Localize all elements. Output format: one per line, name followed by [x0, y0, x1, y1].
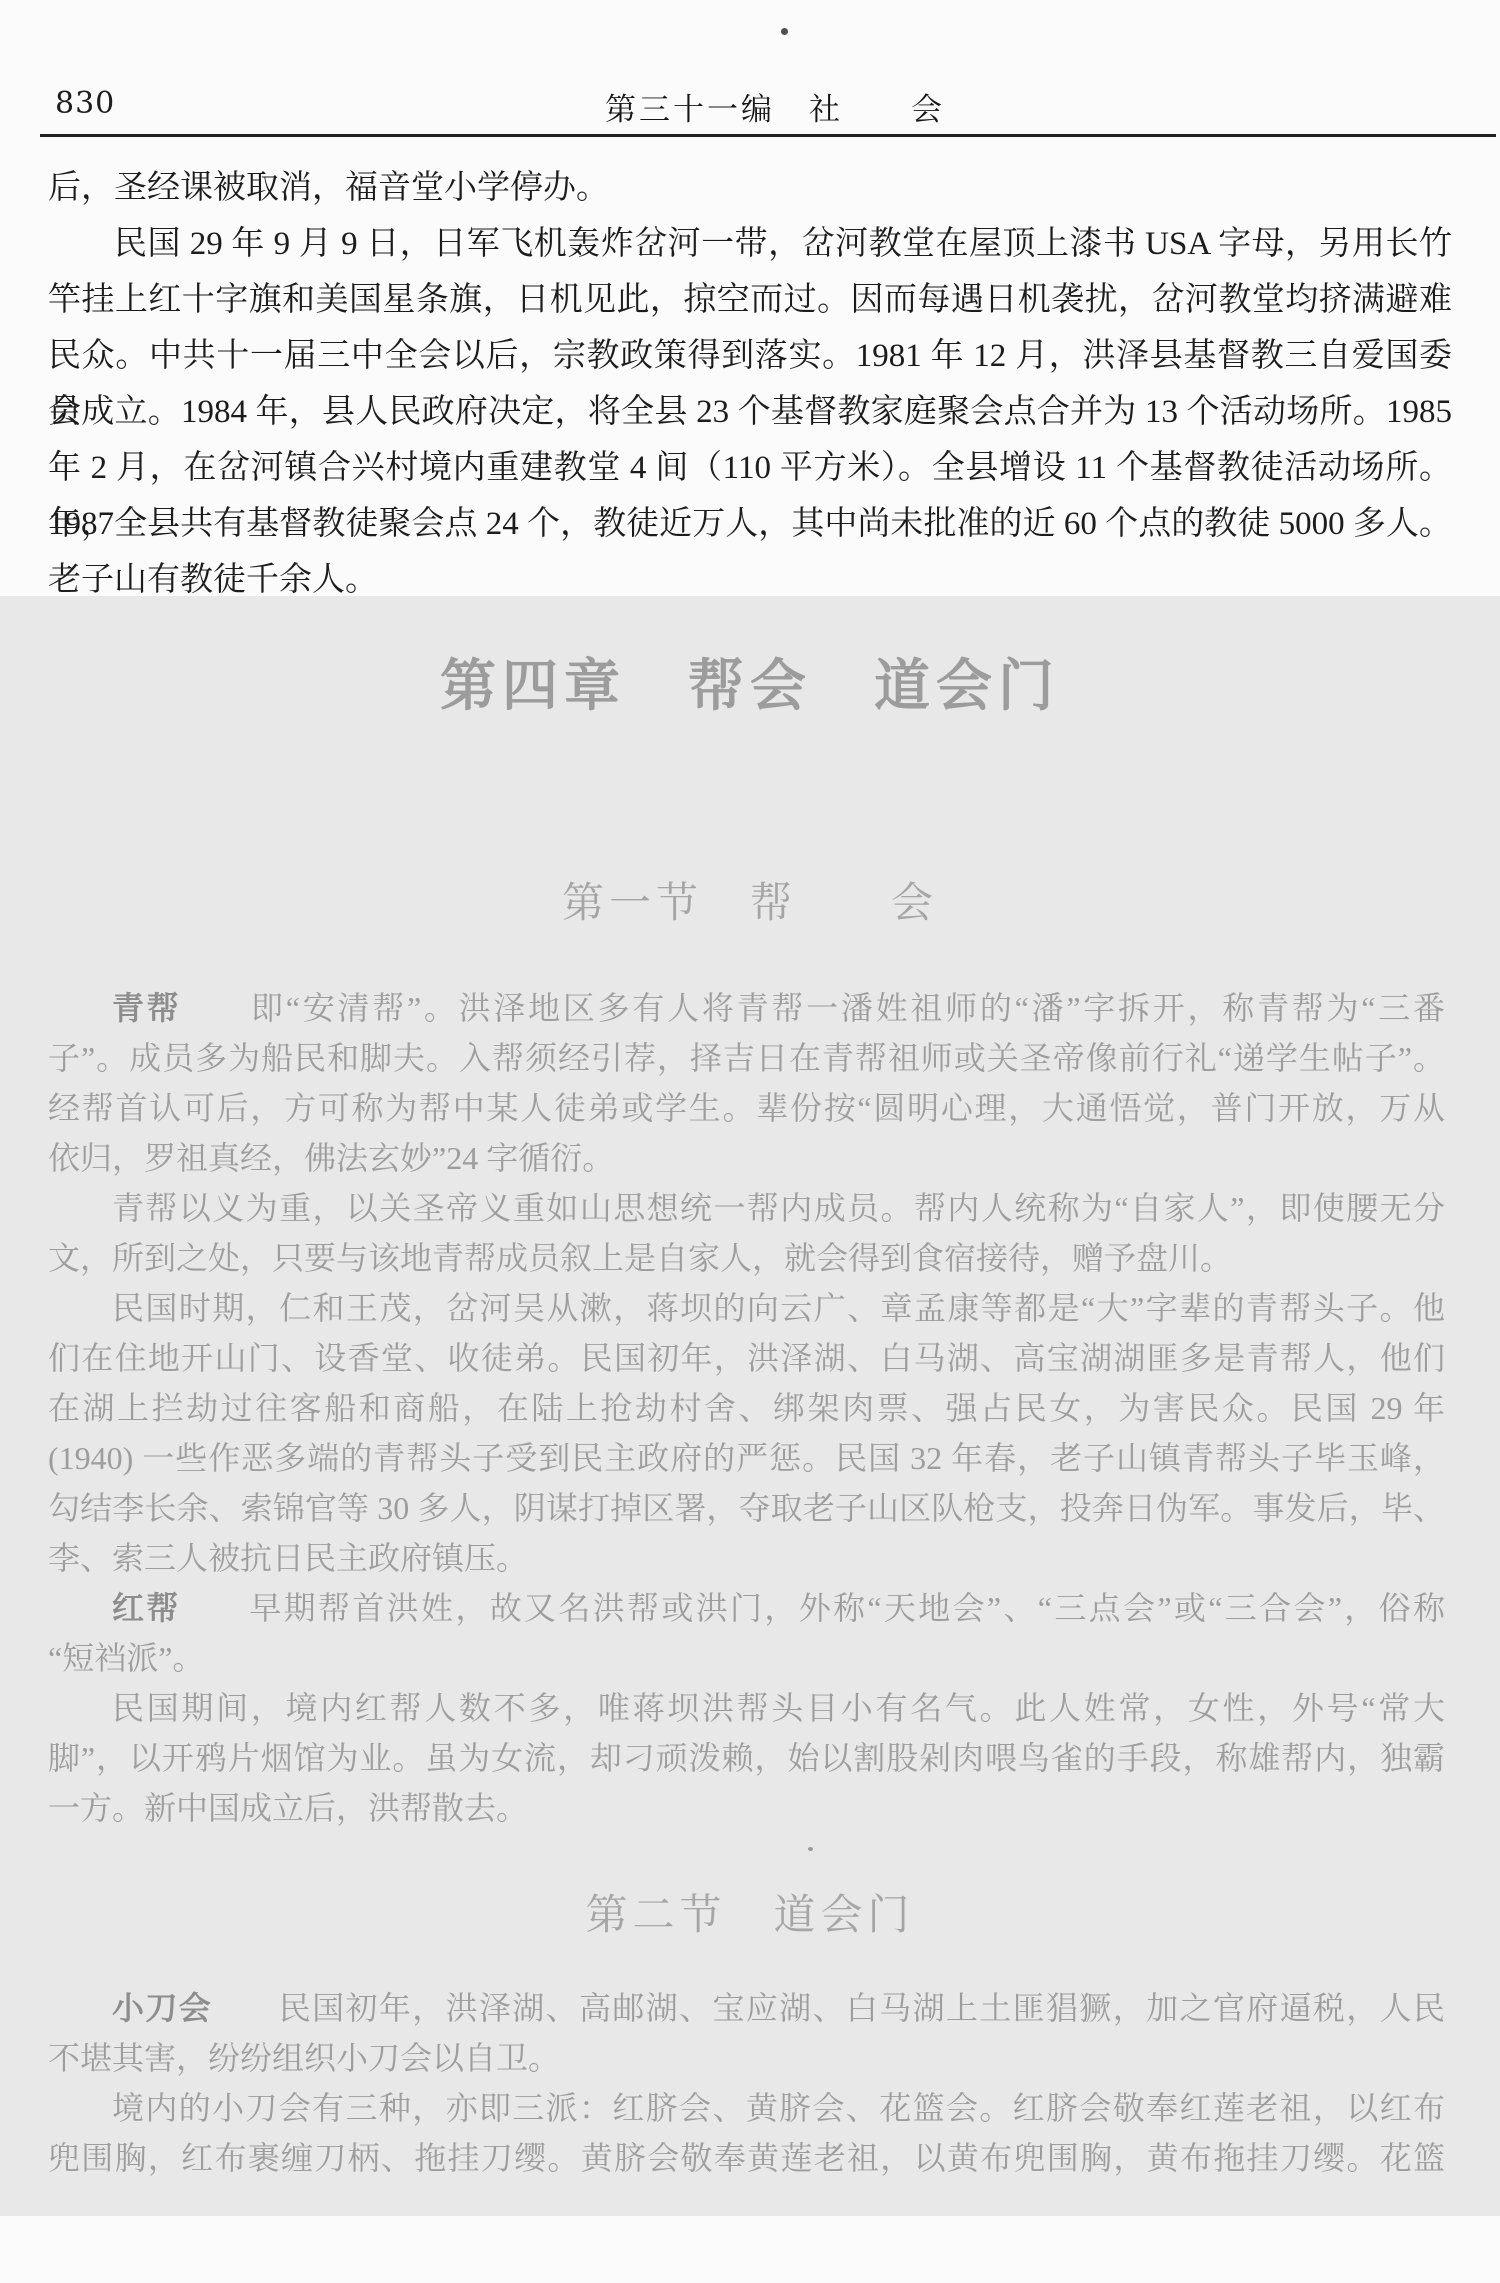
term-xiaodaohui: 小刀会: [112, 1990, 212, 2026]
term-hongbang: 红帮: [112, 1590, 181, 1626]
body-line: (1940) 一些作恶多端的青帮头子受到民主政府的严惩。民国 32 年春，老子山…: [48, 1433, 1445, 1483]
body-line: 在湖上拦劫过往客船和商船，在陆上抢劫村舍、绑架肉票、强占民女，为害民众。民国 2…: [48, 1383, 1445, 1433]
header-rule: [40, 134, 1496, 137]
body-line: 小刀会 民国初年，洪泽湖、高邮湖、宝应湖、白马湖上土匪猖獗，加之官府逼税，人民: [48, 1983, 1445, 2033]
scanned-page: 830 第三十一编 社 会 后，圣经课被取消，福音堂小学停办。 民国 29 年 …: [0, 0, 1500, 2283]
body-line: 依归，罗祖真经，佛法玄妙”24 字循衍。: [48, 1133, 1445, 1183]
line-text: 早期帮首洪姓，故又名洪帮或洪门，外称“天地会”、“三点会”或“三合会”，俗称: [181, 1590, 1445, 1626]
section1-title: 第一节 帮 会: [0, 870, 1500, 930]
body-line: 青帮 即“安清帮”。洪泽地区多有人将青帮一潘姓祖师的“潘”字拆开，称青帮为“三番: [48, 983, 1445, 1033]
body-line: 子”。成员多为船民和脚夫。入帮须经引荐，择吉日在青帮祖师或关圣帝像前行礼“递学生…: [48, 1033, 1445, 1083]
body-line: 兜围胸，红布裹缠刀柄、拖挂刀缨。黄脐会敬奉黄莲老祖，以黄布兜围胸，黄布拖挂刀缨。…: [48, 2133, 1445, 2183]
scan-speck: [781, 28, 788, 35]
intro-paragraphs: 后，圣经课被取消，福音堂小学停办。 民国 29 年 9 月 9 日，日军飞机轰炸…: [48, 160, 1452, 608]
body-line: “短裆派”。: [48, 1633, 1445, 1683]
section2-title: 第二节 道会门: [0, 1882, 1500, 1942]
intro-line: 老子山有教徒千余人。: [48, 552, 1452, 608]
line-text: 民国初年，洪泽湖、高邮湖、宝应湖、白马湖上土匪猖獗，加之官府逼税，人民: [212, 1990, 1445, 2026]
intro-line: 年，全县共有基督教徒聚会点 24 个，教徒近万人，其中尚未批准的近 60 个点的…: [48, 496, 1452, 552]
term-qingbang: 青帮: [112, 990, 182, 1026]
line-text: 即“安清帮”。洪泽地区多有人将青帮一潘姓祖师的“潘”字拆开，称青帮为“三番: [182, 990, 1445, 1026]
running-head-title: 第三十一编 社 会: [0, 84, 1500, 129]
body-line: 不堪其害，纷纷组织小刀会以自卫。: [48, 2033, 1445, 2083]
chapter-title: 第四章 帮会 道会门: [0, 642, 1500, 722]
section1-body: 青帮 即“安清帮”。洪泽地区多有人将青帮一潘姓祖师的“潘”字拆开，称青帮为“三番…: [48, 983, 1445, 1833]
body-line: 李、索三人被抗日民主政府镇压。: [48, 1533, 1445, 1583]
body-line: 勾结李长余、索锦官等 30 多人，阴谋打掉区署，夺取老子山区队枪支，投奔日伪军。…: [48, 1483, 1445, 1533]
body-line: 民国期间，境内红帮人数不多，唯蒋坝洪帮头目小有名气。此人姓常，女性，外号“常大: [48, 1683, 1445, 1733]
intro-line: 后，圣经课被取消，福音堂小学停办。: [48, 160, 1452, 216]
body-line: 们在住地开山门、设香堂、收徒弟。民国初年，洪泽湖、白马湖、高宝湖湖匪多是青帮人，…: [48, 1333, 1445, 1383]
body-line: 文，所到之处，只要与该地青帮成员叙上是自家人，就会得到食宿接待，赠予盘川。: [48, 1233, 1445, 1283]
intro-line: 民众。中共十一届三中全会以后，宗教政策得到落实。1981 年 12 月，洪泽县基…: [48, 328, 1452, 384]
intro-line: 会成立。1984 年，县人民政府决定，将全县 23 个基督教家庭聚会点合并为 1…: [48, 384, 1452, 440]
section2-body: 小刀会 民国初年，洪泽湖、高邮湖、宝应湖、白马湖上土匪猖獗，加之官府逼税，人民 …: [48, 1983, 1445, 2183]
intro-line: 竿挂上红十字旗和美国星条旗，日机见此，掠空而过。因而每遇日机袭扰，岔河教堂均挤满…: [48, 272, 1452, 328]
body-line: 一方。新中国成立后，洪帮散去。: [48, 1783, 1445, 1833]
body-line: 青帮以义为重，以关圣帝义重如山思想统一帮内成员。帮内人统称为“自家人”，即使腰无…: [48, 1183, 1445, 1233]
body-line: 红帮 早期帮首洪姓，故又名洪帮或洪门，外称“天地会”、“三点会”或“三合会”，俗…: [48, 1583, 1445, 1633]
intro-line: 民国 29 年 9 月 9 日，日军飞机轰炸岔河一带，岔河教堂在屋顶上漆书 US…: [48, 216, 1452, 272]
body-line: 脚”，以开鸦片烟馆为业。虽为女流，却刁顽泼赖，始以割股剁肉喂鸟雀的手段，称雄帮内…: [48, 1733, 1445, 1783]
scan-speck: [808, 1847, 813, 1851]
body-line: 境内的小刀会有三种，亦即三派：红脐会、黄脐会、花篮会。红脐会敬奉红莲老祖，以红布: [48, 2083, 1445, 2133]
body-line: 民国时期，仁和王茂，岔河吴从漱，蒋坝的向云广、章孟康等都是“大”字辈的青帮头子。…: [48, 1283, 1445, 1333]
running-head: 830 第三十一编 社 会: [0, 84, 1500, 126]
body-line: 经帮首认可后，方可称为帮中某人徒弟或学生。辈份按“圆明心理，大通悟觉，普门开放，…: [48, 1083, 1445, 1133]
intro-line: 年 2 月，在岔河镇合兴村境内重建教堂 4 间（110 平方米）。全县增设 11…: [48, 440, 1452, 496]
